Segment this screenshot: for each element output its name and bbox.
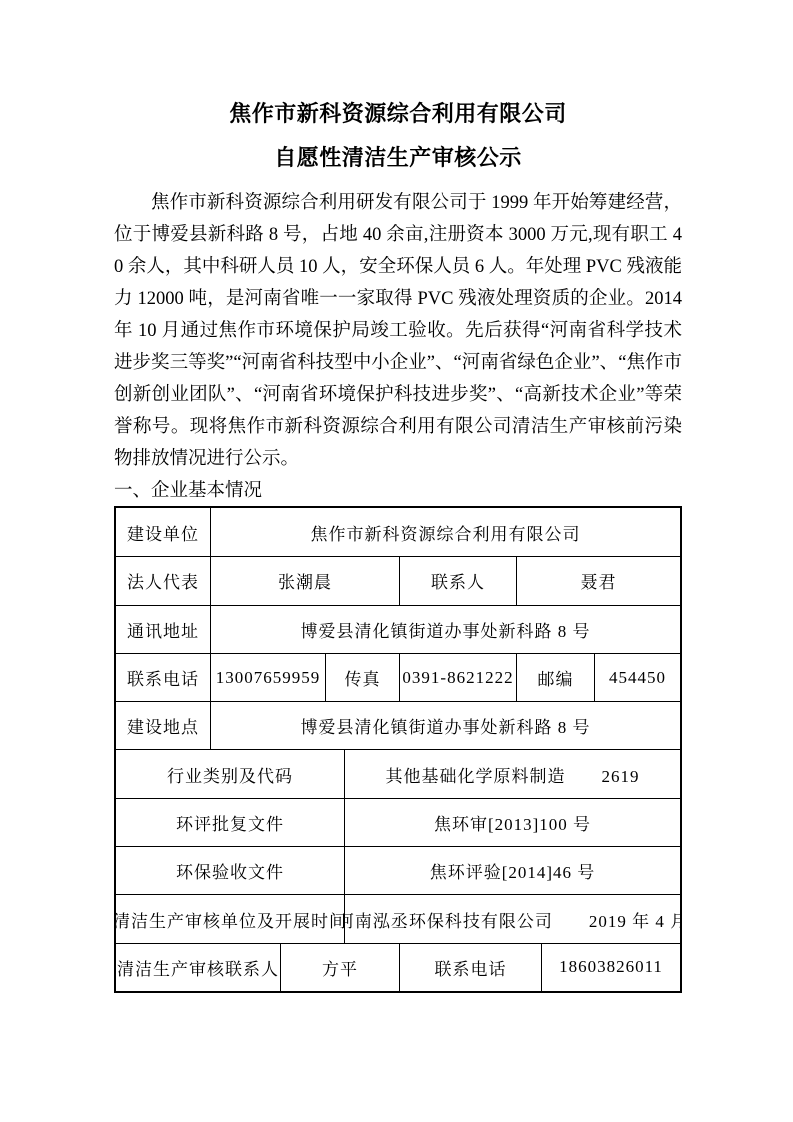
table-row-eia-approval-document: 环评批复文件 焦环审[2013]100 号 [116,798,680,846]
table-cell-value: 焦环审[2013]100 号 [344,799,680,846]
table-cell-value: 张潮晨 [210,557,399,604]
table-cell-value: 博爱县清化镇街道办事处新科路 8 号 [210,702,680,749]
table-cell-value: 方平 [280,944,399,991]
table-cell-label: 建设地点 [116,702,210,749]
table-cell-label: 法人代表 [116,557,210,604]
table-row-legal-representative: 法人代表 张潮晨 联系人 聂君 [116,556,680,604]
table-row-audit-contact: 清洁生产审核联系人 方平 联系电话 18603826011 [116,943,680,991]
intro-paragraph: 焦作市新科资源综合利用研发有限公司于 1999 年开始筹建经营，位于博爱县新科路… [114,187,682,475]
table-cell-label: 联系电话 [116,654,210,701]
table-cell-value: 454450 [594,654,680,701]
document-title: 焦作市新科资源综合利用有限公司 [114,101,682,127]
table-row-env-acceptance-document: 环保验收文件 焦环评验[2014]46 号 [116,846,680,894]
table-cell-value: 博爱县清化镇街道办事处新科路 8 号 [210,606,680,653]
document-content: 焦作市新科资源综合利用有限公司 自愿性清洁生产审核公示 焦作市新科资源综合利用研… [114,0,682,993]
table-cell-label: 联系人 [399,557,516,604]
table-cell-label: 清洁生产审核联系人 [116,944,280,991]
table-cell-label: 环评批复文件 [116,799,344,846]
table-cell-label: 联系电话 [399,944,541,991]
table-cell-value: 13007659959 [210,654,325,701]
table-cell-value: 河南泓丞环保科技有限公司 2019 年 4 月 [344,895,680,942]
table-cell-value: 焦环评验[2014]46 号 [344,847,680,894]
table-cell-value: 18603826011 [541,944,680,991]
table-row-audit-unit-and-time: 清洁生产审核单位及开展时间 河南泓丞环保科技有限公司 2019 年 4 月 [116,894,680,942]
table-cell-label: 清洁生产审核单位及开展时间 [116,895,344,942]
table-cell-value: 焦作市新科资源综合利用有限公司 [210,508,680,556]
table-cell-label: 通讯地址 [116,606,210,653]
table-cell-value: 其他基础化学原料制造 2619 [344,750,680,797]
table-cell-value: 聂君 [516,557,680,604]
table-row-construction-site: 建设地点 博爱县清化镇街道办事处新科路 8 号 [116,701,680,749]
section-heading: 一、企业基本情况 [114,479,682,503]
table-row-industry-category: 行业类别及代码 其他基础化学原料制造 2619 [116,749,680,797]
table-row-construction-unit: 建设单位 焦作市新科资源综合利用有限公司 [116,508,680,556]
document-subtitle: 自愿性清洁生产审核公示 [114,145,682,171]
company-info-table: 建设单位 焦作市新科资源综合利用有限公司 法人代表 张潮晨 联系人 聂君 通讯地… [114,506,682,993]
table-cell-label: 传真 [325,654,399,701]
table-cell-label: 行业类别及代码 [116,750,344,797]
table-cell-label: 邮编 [516,654,594,701]
table-row-contact-phone: 联系电话 13007659959 传真 0391-8621222 邮编 4544… [116,653,680,701]
table-cell-value: 0391-8621222 [399,654,516,701]
table-row-mailing-address: 通讯地址 博爱县清化镇街道办事处新科路 8 号 [116,605,680,653]
document-page: 焦作市新科资源综合利用有限公司 自愿性清洁生产审核公示 焦作市新科资源综合利用研… [0,0,793,1122]
table-cell-label: 环保验收文件 [116,847,344,894]
table-cell-label: 建设单位 [116,508,210,556]
